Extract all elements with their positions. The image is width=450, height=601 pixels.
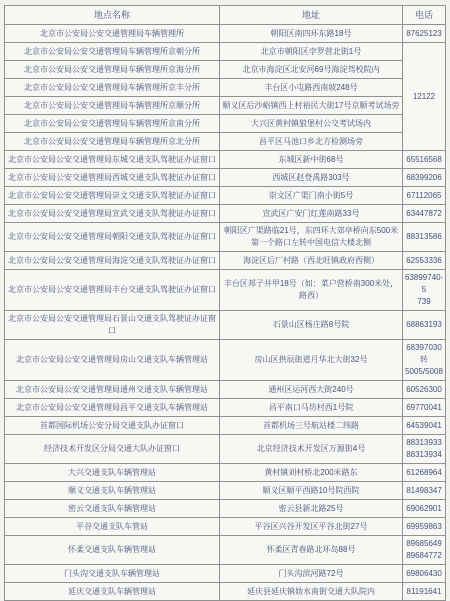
office-name-cell: 北京市公安局公安交通管理局车辆管理所京海分所 xyxy=(5,61,220,79)
office-phone-cell: 69770041 xyxy=(403,399,446,417)
office-address-cell: 黄村镇刘村桥北200米路东 xyxy=(220,464,403,482)
office-table-body: 北京市公安局公安交通管理局车辆管理所朝阳区南四环东路18号87625123北京市… xyxy=(5,25,446,558)
header-row: 地点名称 地址 电话 xyxy=(5,6,446,25)
office-name-cell: 北京市公安局公安交通管理局房山交通支队车辆管理站 xyxy=(5,340,220,381)
office-address-cell: 丰台区邦子井甲18号（如：菜户营桥南300米处，路西） xyxy=(220,270,403,311)
office-address-cell: 海淀区后厂村路（西北旺镇政府西侧） xyxy=(220,252,403,270)
office-phone-cell: 88313933 88313934 xyxy=(403,435,446,464)
office-address-cell: 崇文区广渠门南小街5号 xyxy=(220,187,403,205)
office-name-cell: 北京市公安局公安交通管理局车辆管理所 xyxy=(5,25,220,43)
table-row: 北京市公安局公安交通管理局车辆管理所京南分所大兴区黄村镇狼堡村公交考试场内 xyxy=(5,115,446,133)
table-row: 北京市公安局公安交通管理局石景山交通支队驾驶证办证窗口石景山区杨庄路8号院688… xyxy=(5,311,446,340)
office-table: 地点名称 地址 电话 北京市公安局公安交通管理局车辆管理所朝阳区南四环东路18号… xyxy=(4,5,446,557)
office-address-cell: 房山区拱辰街道月华北大街32号 xyxy=(220,340,403,381)
table-row: 北京市公安局公安交通管理局东城交通支队驾驶证办证窗口东城区新中街68号65516… xyxy=(5,151,446,169)
table-row: 北京市公安局公安交通管理局车辆管理所京海分所北京市海淀区北安河69号海淀驾校院内 xyxy=(5,61,446,79)
office-name-cell: 北京市公安局公安交通管理局西城交通支队驾驶证办证窗口 xyxy=(5,169,220,187)
office-phone-cell: 64539041 xyxy=(403,417,446,435)
office-phone-cell: 69062901 xyxy=(403,500,446,518)
office-phone-cell: 69959863 xyxy=(403,518,446,536)
table-row: 平谷交通支队车管站平谷区兴谷开发区平谷北街27号69959863 xyxy=(5,518,446,536)
office-phone-cell: 63447872 xyxy=(403,205,446,223)
office-address-cell: 东城区新中街68号 xyxy=(220,151,403,169)
office-address-cell: 大兴区黄村镇狼堡村公交考试场内 xyxy=(220,115,403,133)
table-row: 密云交通支队车辆管理站密云县新北路25号69062901 xyxy=(5,500,446,518)
office-address-cell: 宣武区广安门红莲南路33号 xyxy=(220,205,403,223)
table-row: 经济技术开发区分局交通大队办证窗口北京经济技术开发区万源街4号88313933 … xyxy=(5,435,446,464)
office-phone-cell: 68399206 xyxy=(403,169,446,187)
office-address-cell: 朝阳区南四环东路18号 xyxy=(220,25,403,43)
office-phone-cell: 87625123 xyxy=(403,25,446,43)
table-row: 北京市公安局公安交通管理局房山交通支队车辆管理站房山区拱辰街道月华北大街32号6… xyxy=(5,340,446,381)
table-row: 顺义交通支队车辆管理站顺义区顺平西路10号院西院81498347 xyxy=(5,482,446,500)
office-name-cell: 北京市公安局公安交通管理局车辆管理所京丰分所 xyxy=(5,79,220,97)
table-row: 北京市公安局公安交通管理局丰台交通支队驾驶证办证窗口丰台区邦子井甲18号（如：菜… xyxy=(5,270,446,311)
office-name-cell: 怀柔交通支队车辆管理站 xyxy=(5,536,220,558)
office-name-cell: 大兴交通支队车辆管理站 xyxy=(5,464,220,482)
table-row: 北京市公安局公安交通管理局车辆管理所京顺分所顺义区后沙峪镇西上村裕民大街17号京… xyxy=(5,97,446,115)
office-name-cell: 北京市公安局公安交通管理局车辆管理所京顺分所 xyxy=(5,97,220,115)
office-address-cell: 丰台区小屯路西南坡248号 xyxy=(220,79,403,97)
table-row: 北京市公安局公安交通管理局崇文交通支队驾驶证办证窗口崇文区广渠门南小街5号671… xyxy=(5,187,446,205)
office-name-cell: 北京市公安局公安交通管理局丰台交通支队驾驶证办证窗口 xyxy=(5,270,220,311)
office-table-container: 地点名称 地址 电话 北京市公安局公安交通管理局车辆管理所朝阳区南四环东路18号… xyxy=(4,5,445,557)
office-phone-cell: 89685649 89684772 xyxy=(403,536,446,558)
office-phone-cell: 68863193 xyxy=(403,311,446,340)
office-phone-cell: 61268964 xyxy=(403,464,446,482)
office-name-cell: 北京市公安局公安交通管理局车辆管理所京朝分所 xyxy=(5,43,220,61)
office-phone-cell: 68397030转 5005/5008 xyxy=(403,340,446,381)
office-address-cell: 西城区赵登禹路303号 xyxy=(220,169,403,187)
office-phone-cell: 62553336 xyxy=(403,252,446,270)
office-address-cell: 朝阳区广渠路临21号，东四环大郊亭桥向东500米第一个路口左转中国电信大楼北侧 xyxy=(220,223,403,252)
office-name-cell: 经济技术开发区分局交通大队办证窗口 xyxy=(5,435,220,464)
office-address-cell: 怀柔区青春路北环岛88号 xyxy=(220,536,403,558)
office-address-cell: 首都机场三号航站楼二纬路 xyxy=(220,417,403,435)
office-name-cell: 北京市公安局公安交通管理局通州交通支队车辆管理站 xyxy=(5,381,220,399)
office-phone-cell: 12122 xyxy=(403,43,446,151)
office-phone-cell: 67112065 xyxy=(403,187,446,205)
office-phone-cell: 63899740-5 739 xyxy=(403,270,446,311)
table-row: 北京市公安局公安交通管理局西城交通支队驾驶证办证窗口西城区赵登禹路303号683… xyxy=(5,169,446,187)
office-name-cell: 北京市公安局公安交通管理局朝阳交通支队驾驶证办证窗口 xyxy=(5,223,220,252)
office-phone-cell: 81498347 xyxy=(403,482,446,500)
table-row: 北京市公安局公安交通管理局宣武交通支队驾驶证办证窗口宣武区广安门红莲南路33号6… xyxy=(5,205,446,223)
column-header-address: 地址 xyxy=(220,6,403,25)
table-row: 北京市公安局公安交通管理局海淀交通支队驾驶证办证窗口海淀区后厂村路（西北旺镇政府… xyxy=(5,252,446,270)
office-address-cell: 北京经济技术开发区万源街4号 xyxy=(220,435,403,464)
office-address-cell: 石景山区杨庄路8号院 xyxy=(220,311,403,340)
office-address-cell: 顺义区后沙峪镇西上村裕民大街17号京顺考试场旁 xyxy=(220,97,403,115)
table-row: 大兴交通支队车辆管理站黄村镇刘村桥北200米路东61268964 xyxy=(5,464,446,482)
column-header-location-name: 地点名称 xyxy=(5,6,220,25)
office-name-cell: 密云交通支队车辆管理站 xyxy=(5,500,220,518)
table-row: 北京市公安局公安交通管理局车辆管理所朝阳区南四环东路18号87625123 xyxy=(5,25,446,43)
office-address-cell: 昌平南口马坊村西1号院 xyxy=(220,399,403,417)
office-phone-cell: 65516568 xyxy=(403,151,446,169)
office-name-cell: 北京市公安局公安交通管理局车辆管理所京南分所 xyxy=(5,115,220,133)
table-row: 北京市公安局公安交通管理局车辆管理所京朝分所北京市朝阳区孛罗营北街1号12122 xyxy=(5,43,446,61)
office-name-cell: 北京市公安局公安交通管理局东城交通支队驾驶证办证窗口 xyxy=(5,151,220,169)
table-row: 首都国际机场公安分局交通支队办证窗口首都机场三号航站楼二纬路64539041 xyxy=(5,417,446,435)
table-row: 北京市公安局公安交通管理局昌平交通支队车辆管理站昌平南口马坊村西1号院69770… xyxy=(5,399,446,417)
office-name-cell: 北京市公安局公安交通管理局海淀交通支队驾驶证办证窗口 xyxy=(5,252,220,270)
office-address-cell: 北京市海淀区北安河69号海淀驾校院内 xyxy=(220,61,403,79)
table-row: 北京市公安局公安交通管理局车辆管理所京北分所昌平区马池口乡北方检测场旁 xyxy=(5,133,446,151)
table-row: 怀柔交通支队车辆管理站怀柔区青春路北环岛88号89685649 89684772 xyxy=(5,536,446,558)
office-name-cell: 北京市公安局公安交通管理局石景山交通支队驾驶证办证窗口 xyxy=(5,311,220,340)
office-phone-cell: 88313586 xyxy=(403,223,446,252)
office-address-cell: 平谷区兴谷开发区平谷北街27号 xyxy=(220,518,403,536)
office-address-cell: 通州区运河西大街240号 xyxy=(220,381,403,399)
table-row: 北京市公安局公安交通管理局通州交通支队车辆管理站通州区运河西大街240号6052… xyxy=(5,381,446,399)
column-header-phone: 电话 xyxy=(403,6,446,25)
office-address-cell: 顺义区顺平西路10号院西院 xyxy=(220,482,403,500)
office-address-cell: 密云县新北路25号 xyxy=(220,500,403,518)
table-row: 北京市公安局公安交通管理局车辆管理所京丰分所丰台区小屯路西南坡248号 xyxy=(5,79,446,97)
office-address-cell: 北京市朝阳区孛罗营北街1号 xyxy=(220,43,403,61)
office-address-cell: 昌平区马池口乡北方检测场旁 xyxy=(220,133,403,151)
office-name-cell: 首都国际机场公安分局交通支队办证窗口 xyxy=(5,417,220,435)
office-phone-cell: 60526300 xyxy=(403,381,446,399)
table-row: 北京市公安局公安交通管理局朝阳交通支队驾驶证办证窗口朝阳区广渠路临21号，东四环… xyxy=(5,223,446,252)
office-name-cell: 北京市公安局公安交通管理局崇文交通支队驾驶证办证窗口 xyxy=(5,187,220,205)
office-name-cell: 顺义交通支队车辆管理站 xyxy=(5,482,220,500)
office-name-cell: 北京市公安局公安交通管理局宣武交通支队驾驶证办证窗口 xyxy=(5,205,220,223)
office-name-cell: 北京市公安局公安交通管理局车辆管理所京北分所 xyxy=(5,133,220,151)
office-name-cell: 平谷交通支队车管站 xyxy=(5,518,220,536)
office-name-cell: 北京市公安局公安交通管理局昌平交通支队车辆管理站 xyxy=(5,399,220,417)
